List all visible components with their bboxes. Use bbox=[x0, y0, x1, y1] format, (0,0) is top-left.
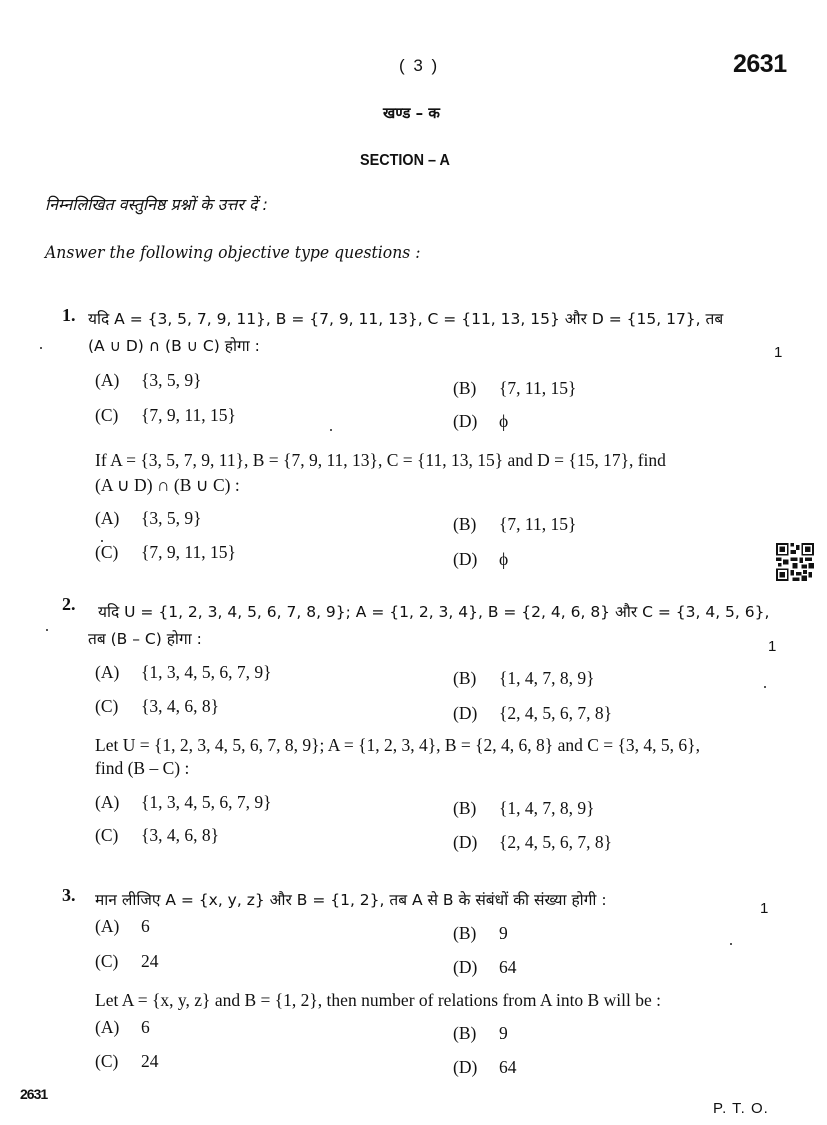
option-value: {7, 11, 15} bbox=[499, 378, 576, 398]
option-value: {3, 5, 9} bbox=[141, 508, 202, 528]
option-label: (D) bbox=[453, 703, 499, 724]
question-number: 3. bbox=[62, 885, 76, 906]
option-value: {1, 3, 4, 5, 6, 7, 9} bbox=[141, 792, 272, 812]
question-text-hindi-line2: (A ∪ D) ∩ (B ∪ C) होगा : bbox=[88, 334, 260, 356]
option-d: (D){2, 4, 5, 6, 7, 8} bbox=[453, 832, 612, 853]
question-text-english-line1: Let U = {1, 2, 3, 4, 5, 6, 7, 8, 9}; A =… bbox=[95, 735, 700, 756]
question-number: 2. bbox=[62, 594, 76, 615]
option-d: (D)ϕ bbox=[453, 549, 508, 570]
option-label: (C) bbox=[95, 696, 141, 717]
marks: 1 bbox=[774, 344, 782, 361]
option-b: (B)9 bbox=[453, 923, 508, 944]
marks: 1 bbox=[760, 900, 768, 917]
please-turn-over: P. T. O. bbox=[713, 1100, 769, 1117]
option-label: (C) bbox=[95, 951, 141, 972]
option-label: (A) bbox=[95, 508, 141, 529]
option-value: {1, 4, 7, 8, 9} bbox=[499, 798, 595, 818]
option-value: 24 bbox=[141, 951, 159, 971]
option-d: (D)64 bbox=[453, 957, 517, 978]
option-label: (D) bbox=[453, 549, 499, 570]
option-value: 6 bbox=[141, 916, 150, 936]
option-value: {7, 11, 15} bbox=[499, 514, 576, 534]
option-a: (A)6 bbox=[95, 916, 150, 937]
section-title-english: SECTION – A bbox=[360, 152, 450, 170]
option-value: 64 bbox=[499, 957, 517, 977]
option-value: ϕ bbox=[499, 411, 508, 431]
option-a: (A){1, 3, 4, 5, 6, 7, 9} bbox=[95, 662, 272, 683]
question-text-hindi-line2: तब (B – C) होगा : bbox=[88, 627, 202, 649]
option-a: (A){3, 5, 9} bbox=[95, 370, 202, 391]
option-label: (D) bbox=[453, 957, 499, 978]
option-d: (D){2, 4, 5, 6, 7, 8} bbox=[453, 703, 612, 724]
option-value: {3, 5, 9} bbox=[141, 370, 202, 390]
option-c: (C){3, 4, 6, 8} bbox=[95, 825, 219, 846]
section-title-hindi: खण्ड – क bbox=[383, 103, 440, 123]
option-value: {2, 4, 5, 6, 7, 8} bbox=[499, 703, 612, 723]
option-label: (B) bbox=[453, 923, 499, 944]
option-label: (A) bbox=[95, 1017, 141, 1038]
option-label: (A) bbox=[95, 662, 141, 683]
scan-speck bbox=[764, 686, 766, 688]
option-label: (A) bbox=[95, 916, 141, 937]
option-value: {7, 9, 11, 15} bbox=[141, 405, 236, 425]
question-text-hindi-line1: यदि U = {1, 2, 3, 4, 5, 6, 7, 8, 9}; A =… bbox=[98, 600, 769, 622]
marks: 1 bbox=[768, 638, 776, 655]
option-c: (C)24 bbox=[95, 951, 159, 972]
option-value: 6 bbox=[141, 1017, 150, 1037]
option-label: (C) bbox=[95, 405, 141, 426]
option-value: {7, 9, 11, 15} bbox=[141, 542, 236, 562]
option-value: {3, 4, 6, 8} bbox=[141, 696, 219, 716]
option-c: (C){7, 9, 11, 15} bbox=[95, 405, 236, 426]
option-b: (B){1, 4, 7, 8, 9} bbox=[453, 798, 595, 819]
option-b: (B)9 bbox=[453, 1023, 508, 1044]
option-value: {1, 3, 4, 5, 6, 7, 9} bbox=[141, 662, 272, 682]
option-label: (C) bbox=[95, 542, 141, 563]
question-text-english-line2: find (B – C) : bbox=[95, 758, 189, 779]
option-value: ϕ bbox=[499, 549, 508, 569]
option-label: (C) bbox=[95, 1051, 141, 1072]
option-b: (B){7, 11, 15} bbox=[453, 378, 576, 399]
option-c: (C)24 bbox=[95, 1051, 159, 1072]
option-value: 64 bbox=[499, 1057, 517, 1077]
option-label: (C) bbox=[95, 825, 141, 846]
option-d: (D)64 bbox=[453, 1057, 517, 1078]
option-label: (D) bbox=[453, 1057, 499, 1078]
option-d: (D)ϕ bbox=[453, 411, 508, 432]
option-value: 9 bbox=[499, 1023, 508, 1043]
option-label: (B) bbox=[453, 378, 499, 399]
option-label: (B) bbox=[453, 668, 499, 689]
option-label: (B) bbox=[453, 1023, 499, 1044]
option-value: 24 bbox=[141, 1051, 159, 1071]
scan-speck bbox=[330, 429, 332, 431]
option-label: (A) bbox=[95, 792, 141, 813]
option-a: (A)6 bbox=[95, 1017, 150, 1038]
option-b: (B){7, 11, 15} bbox=[453, 514, 576, 535]
question-text-english-line1: If A = {3, 5, 7, 9, 11}, B = {7, 9, 11, … bbox=[95, 450, 666, 471]
instruction-hindi: निम्नलिखित वस्तुनिष्ठ प्रश्नों के उत्तर … bbox=[45, 193, 268, 215]
option-value: {3, 4, 6, 8} bbox=[141, 825, 219, 845]
option-b: (B){1, 4, 7, 8, 9} bbox=[453, 668, 595, 689]
option-c: (C){7, 9, 11, 15} bbox=[95, 542, 236, 563]
option-a: (A){1, 3, 4, 5, 6, 7, 9} bbox=[95, 792, 272, 813]
option-value: 9 bbox=[499, 923, 508, 943]
scan-speck bbox=[101, 540, 103, 542]
question-text-english-line2: (A ∪ D) ∩ (B ∪ C) : bbox=[95, 475, 240, 496]
option-value: {2, 4, 5, 6, 7, 8} bbox=[499, 832, 612, 852]
scan-speck bbox=[40, 347, 42, 349]
question-number: 1. bbox=[62, 305, 76, 326]
option-label: (B) bbox=[453, 798, 499, 819]
option-label: (B) bbox=[453, 514, 499, 535]
page-number: ( 3 ) bbox=[399, 56, 439, 76]
qr-code-icon bbox=[776, 543, 814, 581]
option-value: {1, 4, 7, 8, 9} bbox=[499, 668, 595, 688]
question-text-hindi-line1: यदि A = {3, 5, 7, 9, 11}, B = {7, 9, 11,… bbox=[88, 307, 723, 329]
question-text-english-line1: Let A = {x, y, z} and B = {1, 2}, then n… bbox=[95, 990, 661, 1011]
question-text-hindi-line1: मान लीजिए A = {x, y, z} और B = {1, 2}, त… bbox=[95, 888, 607, 910]
footer-paper-code: 2631 bbox=[20, 1086, 47, 1102]
scan-speck bbox=[46, 629, 48, 631]
option-label: (D) bbox=[453, 411, 499, 432]
scan-speck bbox=[730, 943, 732, 945]
instruction-english: Answer the following objective type ques… bbox=[45, 243, 421, 263]
option-label: (D) bbox=[453, 832, 499, 853]
paper-code: 2631 bbox=[733, 50, 787, 79]
option-a: (A){3, 5, 9} bbox=[95, 508, 202, 529]
option-c: (C){3, 4, 6, 8} bbox=[95, 696, 219, 717]
option-label: (A) bbox=[95, 370, 141, 391]
